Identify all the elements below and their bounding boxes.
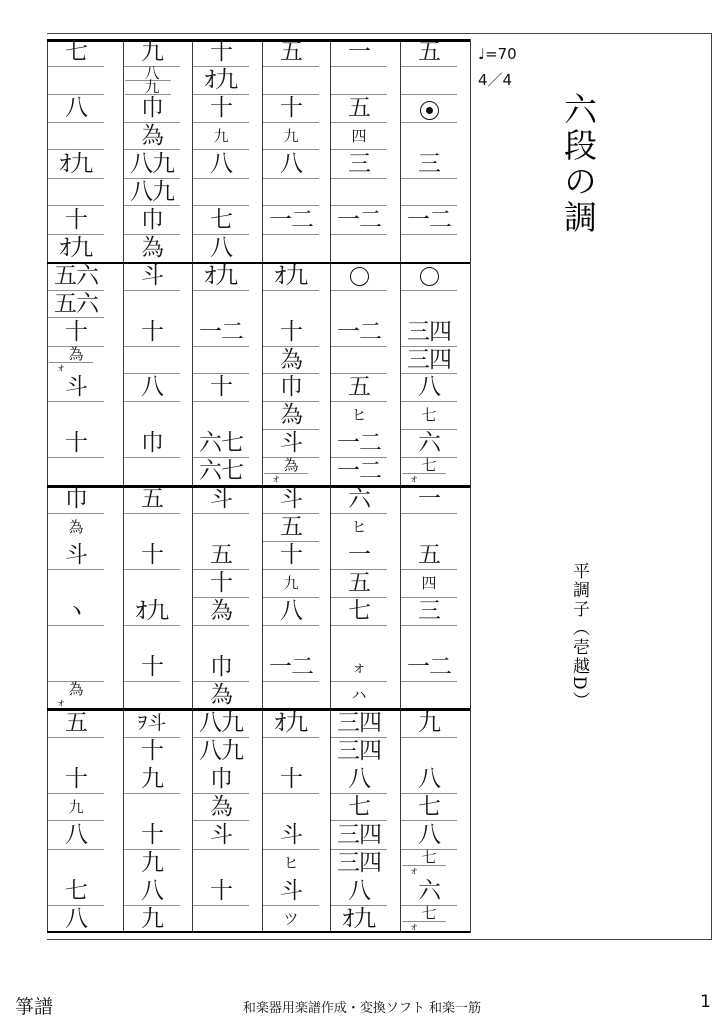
note-top: 五六: [48, 263, 104, 289]
note-bottom: 七: [331, 795, 387, 820]
score-cell: [330, 263, 400, 319]
score-cell: 十九: [47, 766, 123, 822]
note-top: 八: [48, 95, 104, 121]
beat-line: [263, 569, 319, 570]
beat-line: [401, 513, 457, 514]
note-top: 斗: [48, 374, 104, 400]
score-cell: 三四三四: [400, 319, 470, 375]
note-top: 斗: [263, 822, 319, 848]
note-top: 五: [193, 542, 249, 568]
beat-line: [401, 625, 457, 626]
note-bottom: 為: [193, 795, 249, 820]
note-top: 六: [401, 430, 457, 456]
note-top: 十: [193, 95, 249, 121]
score-cell: ヽ: [47, 598, 123, 654]
beat-line: [263, 122, 319, 123]
beat-line: [193, 401, 249, 402]
note-bottom: ヒ: [263, 851, 319, 876]
score-cell: 八: [262, 598, 330, 654]
note-top: 九: [124, 39, 180, 65]
beat-line: [48, 737, 104, 738]
note-top: 十: [48, 319, 104, 345]
score-cell: 十九: [262, 542, 330, 598]
note-top: 六: [331, 486, 387, 512]
score-cell: 十為ォ: [47, 319, 123, 375]
score-cell: 十: [123, 654, 192, 710]
beat-line: [48, 457, 104, 458]
note-top: 八: [331, 766, 387, 792]
beat-line: [124, 793, 180, 794]
note-bottom: 八九: [193, 739, 249, 764]
beat-line: [331, 290, 387, 291]
note-bottom: 七: [401, 458, 457, 472]
score-cell: ｦ斗十: [123, 710, 192, 766]
note-bottom: 九: [193, 124, 249, 149]
note-top: 一二: [331, 207, 387, 233]
note-top: ｵ九: [263, 710, 319, 736]
note-top: 一二: [263, 207, 319, 233]
score-cell: 九: [400, 710, 470, 766]
score-cell: 十九: [192, 95, 262, 151]
note-top: 一: [331, 39, 387, 65]
score-cell: 巾為: [47, 486, 123, 542]
beat-line: [263, 290, 319, 291]
note-bottom: 七: [401, 795, 457, 820]
beat-line: [401, 737, 457, 738]
beat-line: [263, 234, 319, 235]
circle-icon: [331, 267, 387, 291]
beat-line: [331, 681, 387, 682]
note-top: 五: [331, 374, 387, 400]
note-bottom: 六七: [193, 459, 249, 484]
frame-right-line: [711, 33, 712, 940]
note-top: 一二: [331, 430, 387, 456]
beat-line: [124, 513, 180, 514]
score-cell: ｵ九: [47, 151, 123, 207]
note-top: 五: [48, 710, 104, 736]
score-cell: ォハ: [330, 654, 400, 710]
note-top: 三: [401, 151, 457, 177]
beat-line: [193, 849, 249, 850]
piece-title: 六段の調: [555, 92, 602, 262]
score-cell: 斗: [192, 822, 262, 878]
note-top: 三四: [331, 822, 387, 848]
note-bottom: 為: [124, 124, 180, 149]
score-cell: 三: [330, 151, 400, 207]
note-bottom: ヒ: [331, 515, 387, 540]
score-cell: 六七ォ: [400, 878, 470, 934]
score-cell: 三四三四: [330, 710, 400, 766]
beat-line: [48, 849, 104, 850]
beat-line: [193, 905, 249, 906]
score-cell: 巾: [123, 430, 192, 486]
note-top: 八: [263, 151, 319, 177]
note-top: 斗: [124, 263, 180, 289]
beat-line: [401, 234, 457, 235]
note-top: 一二: [401, 207, 457, 233]
score-cell: 九: [123, 766, 192, 822]
beat-line: [124, 569, 180, 570]
note-bottom: 五六: [48, 292, 104, 317]
score-cell: 巾為: [262, 374, 330, 430]
score-cell: 七: [47, 39, 123, 95]
note-top: 八: [193, 151, 249, 177]
score-cell: 八七: [330, 766, 400, 822]
note-top: 十: [263, 766, 319, 792]
circle-dot-icon: [401, 99, 457, 123]
note-bottom: ｵ九: [331, 907, 387, 932]
note-top: 巾: [193, 654, 249, 680]
note-top: 八: [48, 822, 104, 848]
score-cell: 一: [400, 486, 470, 542]
note-top: ォ: [331, 654, 387, 680]
note-top: 一二: [263, 654, 319, 680]
score-cell: 一二: [330, 207, 400, 263]
score-cell: 九八九: [123, 39, 192, 95]
score-cell: 一二: [330, 319, 400, 375]
score-cell: ｵ九: [262, 263, 330, 319]
score-cell: 七: [330, 598, 400, 654]
note-bottom: 三四: [331, 851, 387, 876]
note-bottom: 九: [263, 124, 319, 149]
score-cell: 十為: [262, 319, 330, 375]
note-top: 十: [193, 39, 249, 65]
note-bottom: ｵ九: [48, 236, 104, 261]
note-top: 一: [331, 542, 387, 568]
score-cell: 一: [330, 39, 400, 95]
beat-line: [331, 66, 387, 67]
score-cell: 十: [262, 766, 330, 822]
score-cell: 八: [123, 374, 192, 430]
beat-line: [331, 234, 387, 235]
footer-software-credit: 和楽器用楽譜作成・変換ソフト 和楽一筋: [0, 997, 724, 1016]
beat-line: [48, 625, 104, 626]
beat-line: [263, 905, 319, 906]
oshi-mark: ォ: [386, 922, 442, 933]
beat-line: [48, 569, 104, 570]
note-bottom: 十: [193, 571, 249, 596]
note-top: 十: [48, 766, 104, 792]
score-cell: 斗: [47, 374, 123, 430]
note-top: 六: [401, 878, 457, 904]
score-cell: 一二: [192, 319, 262, 375]
beat-line: [401, 122, 457, 123]
beat-line: [401, 66, 457, 67]
note-top: 六七: [193, 430, 249, 456]
score-page: 七九八九十ｵ九五一五八巾為十九十九五四ｵ九八九八九八八三三十ｵ九巾為七八一二一二…: [0, 0, 724, 1024]
score-cell: ｵ九: [262, 710, 330, 766]
beat-line: [124, 401, 180, 402]
score-cell: 十: [123, 542, 192, 598]
note-top: 一二: [331, 319, 387, 345]
oshi-mark: ォ: [386, 866, 442, 877]
circle-icon: [401, 267, 457, 291]
beat-line: [124, 290, 180, 291]
note-top: 八: [263, 598, 319, 624]
score-cell: 十: [47, 430, 123, 486]
note-top: 一二: [193, 319, 249, 345]
note-bottom: 五: [263, 515, 319, 540]
note-bottom: 九: [124, 80, 180, 93]
score-cell: 五: [47, 710, 123, 766]
score-cell: 七八: [47, 878, 123, 934]
score-cell: 八九八九: [123, 151, 192, 207]
score-cell: 十: [192, 374, 262, 430]
note-bottom: 為: [263, 348, 319, 373]
note-bottom: 八: [48, 907, 104, 932]
note-top: 七: [193, 207, 249, 233]
score-cell: [400, 263, 470, 319]
score-cell: 斗五: [262, 486, 330, 542]
score-cell: 六ヒ: [330, 486, 400, 542]
note-top: 斗: [263, 878, 319, 904]
note-top: 十: [124, 319, 180, 345]
note-top: 三: [331, 151, 387, 177]
beat-line: [124, 457, 180, 458]
score-cell: 八七: [400, 374, 470, 430]
beat-line: [401, 401, 457, 402]
page-number: 1: [695, 992, 711, 1012]
beat-line: [193, 290, 249, 291]
score-grid: 七九八九十ｵ九五一五八巾為十九十九五四ｵ九八九八九八八三三十ｵ九巾為七八一二一二…: [47, 39, 470, 933]
score-cell: 十九: [262, 95, 330, 151]
note-bottom: 八: [193, 236, 249, 261]
score-cell: 斗: [47, 542, 123, 598]
note-top: 十: [124, 822, 180, 848]
score-cell: 十ｵ九: [192, 39, 262, 95]
note-top: 十: [48, 430, 104, 456]
score-cell: 斗: [123, 263, 192, 319]
score-cell: 巾為: [192, 766, 262, 822]
score-cell: 八: [47, 95, 123, 151]
beat-line: [263, 849, 319, 850]
note-top: 斗: [193, 822, 249, 848]
score-cell: 六七ォ: [400, 430, 470, 486]
note-top: 巾: [263, 374, 319, 400]
note-bottom: 為: [124, 236, 180, 261]
beat-line: [48, 513, 104, 514]
frame-top-line: [47, 33, 712, 34]
note-top: 一: [401, 486, 457, 512]
tuning-label: 平調子（壱越D）: [567, 562, 592, 732]
score-cell: 八: [47, 822, 123, 878]
beat-line: [263, 681, 319, 682]
note-top: 十: [48, 207, 104, 233]
beat-line: [401, 569, 457, 570]
note-top: 斗: [263, 486, 319, 512]
note-top: 十: [193, 878, 249, 904]
column-line: [470, 39, 471, 933]
score-cell: 七八: [192, 207, 262, 263]
note-bottom: 為: [48, 515, 104, 540]
note-top: 五: [401, 39, 457, 65]
beat-line: [263, 737, 319, 738]
score-cell: 十: [192, 878, 262, 934]
oshi-mark: ォ: [33, 363, 89, 374]
beat-line: [193, 346, 249, 347]
score-cell: 斗: [192, 486, 262, 542]
beat-line: [193, 513, 249, 514]
beat-line: [48, 122, 104, 123]
score-cell: 五: [400, 39, 470, 95]
note-top: 九: [401, 710, 457, 736]
triangle-dot-icon: [48, 658, 104, 682]
note-bottom: ハ: [331, 683, 387, 708]
beat-line: [124, 625, 180, 626]
note-bottom: ツ: [263, 907, 319, 932]
score-cell: 五四: [330, 95, 400, 151]
score-cell: 五ヒ: [330, 374, 400, 430]
beat-line: [401, 681, 457, 682]
note-bottom: 七: [401, 850, 457, 864]
note-top: 三四: [331, 710, 387, 736]
note-top: ｵ九: [193, 263, 249, 289]
note-top: 巾: [124, 95, 180, 121]
note-bottom: ヒ: [331, 403, 387, 428]
note-bottom: 為: [48, 347, 104, 361]
note-top: 五: [401, 542, 457, 568]
score-cell: 八七ォ: [400, 822, 470, 878]
note-bottom: 四: [331, 124, 387, 149]
score-cell: 八七: [400, 766, 470, 822]
score-cell: 八九: [123, 878, 192, 934]
beat-line: [331, 178, 387, 179]
note-top: 五: [331, 95, 387, 121]
note-top: 十: [193, 374, 249, 400]
note-bottom: 三四: [331, 739, 387, 764]
beat-line: [263, 66, 319, 67]
note-top: 巾: [124, 207, 180, 233]
beat-line: [48, 66, 104, 67]
beat-line: [193, 625, 249, 626]
score-cell: 一二: [262, 207, 330, 263]
note-top: 八: [401, 822, 457, 848]
note-bottom: 九: [48, 795, 104, 820]
score-cell: 八: [192, 151, 262, 207]
score-cell: 為: [192, 598, 262, 654]
note-bottom: 八九: [124, 180, 180, 205]
note-bottom: 一二: [331, 459, 387, 484]
note-top: 斗: [263, 430, 319, 456]
note-top: ｵ九: [48, 151, 104, 177]
score-cell: 十: [123, 319, 192, 375]
note-top: 七: [48, 878, 104, 904]
note-top: ｵ九: [124, 598, 180, 624]
frame-bottom-line: [47, 939, 712, 940]
score-cell: 一二: [400, 207, 470, 263]
note-bottom: 為: [263, 458, 319, 472]
score-cell: 五四: [400, 542, 470, 598]
time-signature: 4／4: [478, 69, 512, 90]
score-cell: 一二: [262, 654, 330, 710]
beat-line: [331, 401, 387, 402]
score-cell: ｵ九: [192, 263, 262, 319]
note-bottom: 九: [124, 907, 180, 932]
note-top: 十: [124, 654, 180, 680]
score-cell: 為ォ: [47, 654, 123, 710]
note-top: 八: [124, 878, 180, 904]
beat-line: [48, 401, 104, 402]
beat-line: [193, 122, 249, 123]
note-bottom: 九: [263, 571, 319, 596]
score-cell: 斗ツ: [262, 878, 330, 934]
note-bottom: 七: [401, 403, 457, 428]
score-cell: 一五: [330, 542, 400, 598]
note-top: 五: [263, 39, 319, 65]
note-top: 十: [263, 542, 319, 568]
beat-line: [401, 290, 457, 291]
beat-line: [331, 122, 387, 123]
note-top: 九: [124, 766, 180, 792]
beat-line: [263, 178, 319, 179]
beat-line: [331, 346, 387, 347]
note-top: 八: [401, 374, 457, 400]
score-cell: 巾為: [192, 654, 262, 710]
beat-line: [124, 681, 180, 682]
note-top: 斗: [48, 542, 104, 568]
score-cell: 五: [262, 39, 330, 95]
note-bottom: 為: [48, 682, 104, 696]
oshi-mark: ォ: [386, 474, 442, 485]
score-cell: 巾為: [123, 207, 192, 263]
score-cell: 巾為: [123, 95, 192, 151]
beat-line: [401, 178, 457, 179]
note-top: 斗: [193, 486, 249, 512]
note-top: 十: [263, 95, 319, 121]
note-top: 巾: [124, 430, 180, 456]
beat-line: [263, 793, 319, 794]
note-top: 十: [124, 542, 180, 568]
score-cell: 斗ヒ: [262, 822, 330, 878]
note-bottom: 為: [263, 403, 319, 428]
score-cell: 八: [262, 151, 330, 207]
beat-line: [331, 625, 387, 626]
score-cell: 五六五六: [47, 263, 123, 319]
note-top: 八九: [124, 151, 180, 177]
score-cell: 五十: [192, 542, 262, 598]
beat-line: [48, 178, 104, 179]
score-cell: ｵ九: [123, 598, 192, 654]
note-top: 五: [124, 486, 180, 512]
note-top: 巾: [48, 486, 104, 512]
score-cell: [400, 95, 470, 151]
note-top: 一二: [401, 654, 457, 680]
beat-line: [193, 178, 249, 179]
note-bottom: ｵ九: [193, 68, 249, 93]
note-top: 七: [331, 598, 387, 624]
note-bottom: 十: [124, 739, 180, 764]
beat-line: [263, 625, 319, 626]
note-top: ｵ九: [263, 263, 319, 289]
score-cell: 五: [123, 486, 192, 542]
note-bottom: 三四: [401, 348, 457, 373]
score-cell: 十九: [123, 822, 192, 878]
beat-line: [124, 346, 180, 347]
note-top: 八: [331, 878, 387, 904]
note-top: 三四: [401, 319, 457, 345]
note-top: 八九: [193, 710, 249, 736]
note-bottom: 七: [401, 906, 457, 920]
note-top: ｦ斗: [124, 710, 180, 736]
beat-line: [331, 513, 387, 514]
oshi-mark: ォ: [33, 698, 89, 709]
note-bottom: 五: [331, 571, 387, 596]
note-top: ヽ: [48, 598, 104, 624]
note-bottom: 為: [193, 683, 249, 708]
note-top: 八: [401, 766, 457, 792]
score-cell: 十ｵ九: [47, 207, 123, 263]
oshi-mark: ォ: [248, 474, 304, 485]
